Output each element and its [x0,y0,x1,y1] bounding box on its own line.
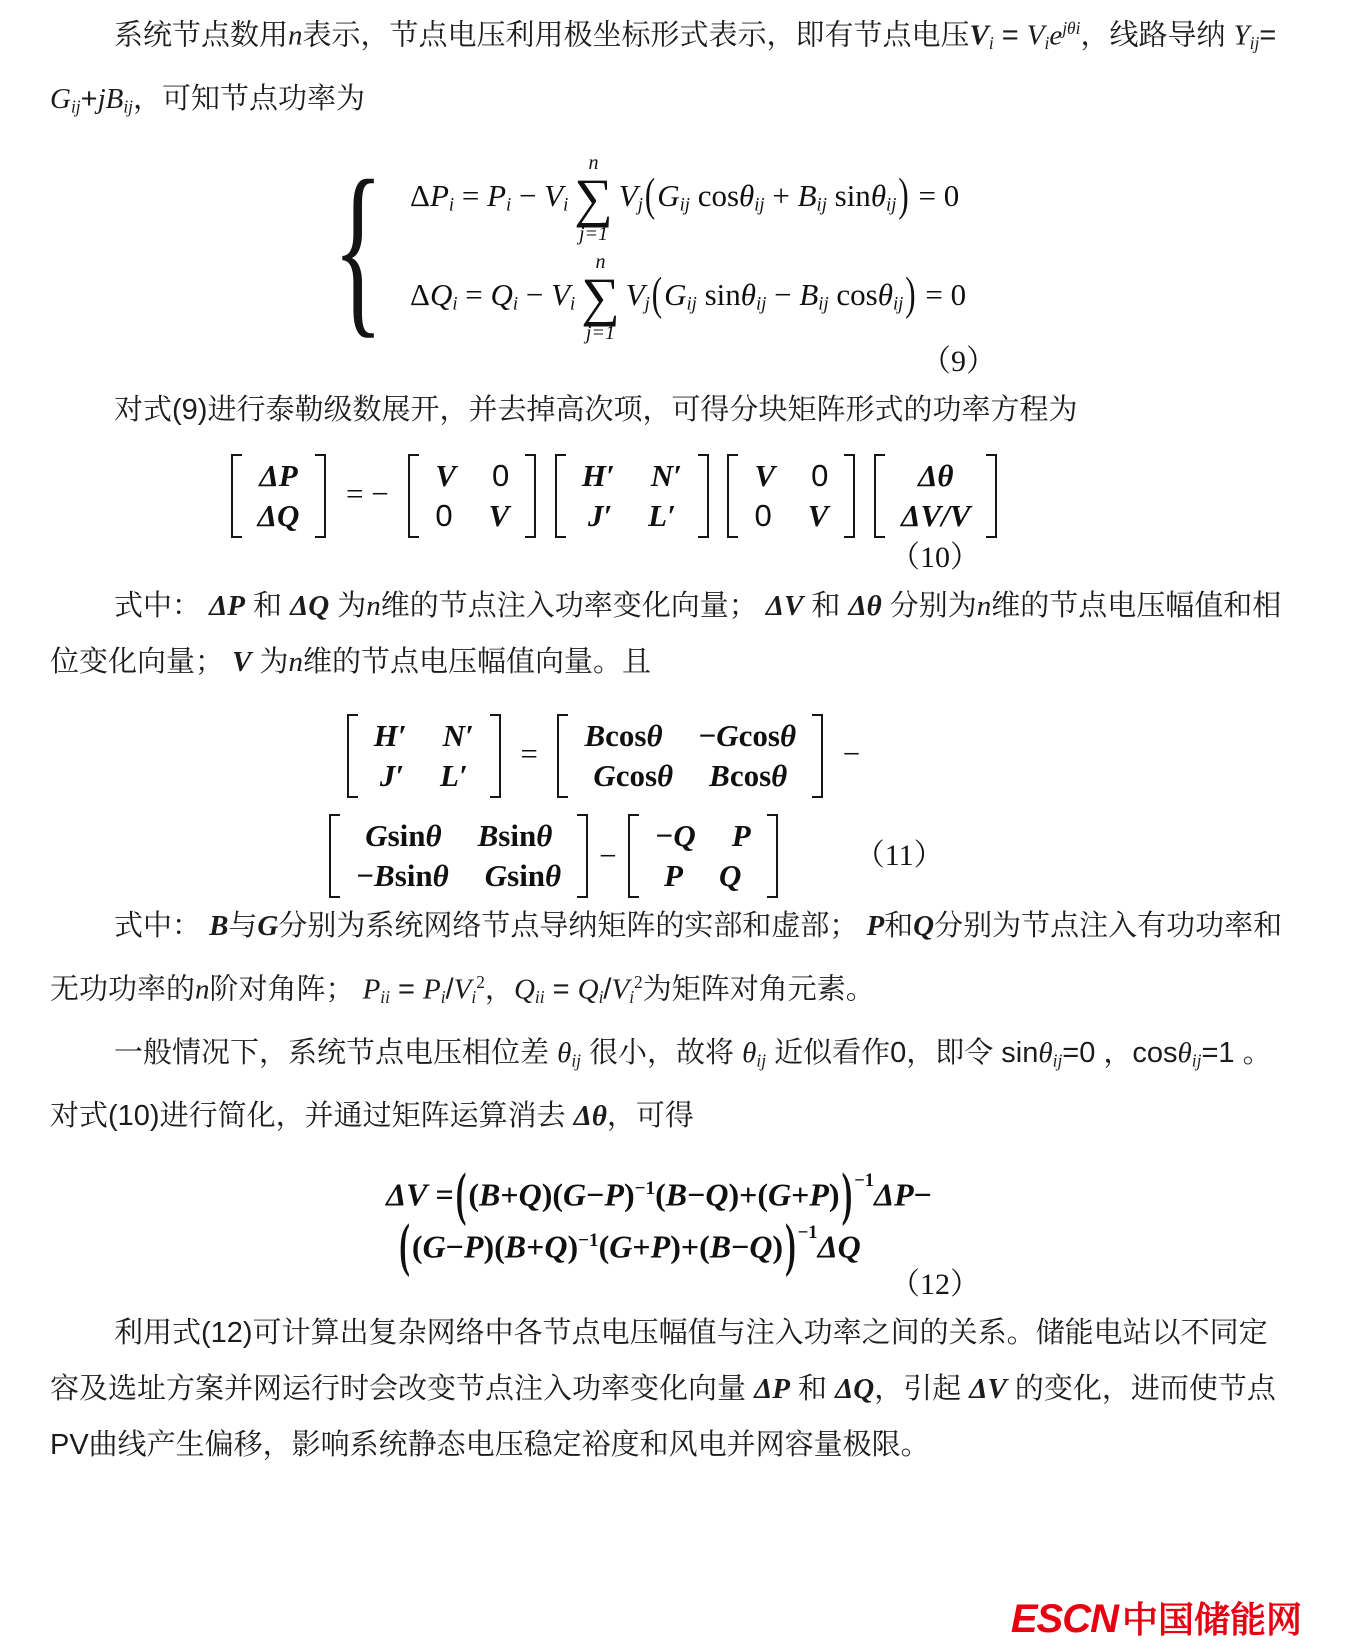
matrix-cell: J′ [588,498,612,534]
matrix-cell: ΔP [259,458,297,494]
math-token: 维的节点电压幅值向量。且 [303,646,651,678]
equation-11-line-2: GsinθBsinθ−BsinθGsinθ − −QPPQ （11） [0,814,1308,898]
math-token: 和 [803,590,848,622]
math-token: Y [1234,19,1250,51]
math-token: / [446,974,454,1006]
matrix-body: −QPPQ [639,814,767,898]
math-token: Q [749,1228,772,1264]
matrix-bracket-right [525,454,536,538]
matrix-cell: V [489,498,510,534]
math-token: B [505,1228,526,1264]
matrix-body: H′N′J′L′ [358,714,490,798]
matrix-cell: L′ [440,758,468,794]
math-token: =0 ， [1062,1037,1132,1069]
paragraph-variables: 式中： ΔP 和 ΔQ 为n维的节点注入功率变化向量； ΔV 和 Δθ 分别为n… [0,578,1348,690]
math-token: B [710,1228,731,1264]
matrix-bracket-left [874,454,885,538]
math-token: θ [771,758,787,793]
math-token: θ [741,277,756,312]
matrix-cell: V [808,498,829,534]
math-token: cos [616,758,657,793]
math-token: ) [772,1228,783,1264]
math-token: N′ [443,718,474,753]
math-token: ΔV [969,1373,1007,1405]
math-token: ΔV [766,590,804,622]
math-token: − [766,277,799,312]
math-token: P [464,1228,484,1264]
matrix-body: V00V [419,454,525,538]
math-token: n [366,590,381,622]
math-token: = [454,178,487,213]
matrix-bracket-left [408,454,419,538]
math-token: sin [507,858,545,893]
equation-9-lines: ΔPi = Pi − Vin∑j=1Vj(Gij cosθij + Bij si… [410,152,966,344]
escn-logo: ESCN中国储能网 [1011,1592,1302,1643]
math-token: Δθ [918,458,954,493]
math-token: 一般情况下，系统节点电压相位差 [114,1037,557,1069]
math-token: 式中： [114,590,209,622]
math-token: ) [785,1211,796,1279]
matrix-dtheta-dv: ΔθΔV/V [874,454,997,538]
system-brace: { [333,152,384,344]
math-token: J′ [588,498,612,533]
math-token: ) [829,1177,840,1213]
matrix-bracket-left [628,814,639,898]
math-token: B [666,1177,687,1213]
math-token: G [593,758,615,793]
math-token: = [428,1177,454,1213]
matrix-row: V0 [754,458,828,494]
math-token: − [699,718,717,753]
matrix-bracket-right [490,714,501,798]
math-token: V [611,974,629,1006]
equation-12-number: （12） [0,1265,1348,1305]
math-token: ij [754,194,764,215]
math-token: ( [757,1177,768,1213]
math-token: 很小，故将 [581,1037,742,1069]
math-token: + [739,1177,757,1213]
math-token: n [288,19,303,51]
matrix-cell: −Q [655,818,696,854]
math-token: ΔP [209,590,245,622]
math-token: ΔV [386,1177,427,1213]
math-token: V [551,277,570,312]
matrix-cell: P [732,818,751,854]
paragraph-approximation: 一般情况下，系统节点电压相位差 θij 很小，故将 θij 近似看作0，即令 s… [0,1025,1348,1144]
matrix-row: PQ [655,858,751,894]
math-token: 式中： [114,910,209,942]
math-token: ΔQ [835,1373,874,1405]
matrix-row: Bcosθ−Gcosθ [584,718,796,754]
math-token: G [664,277,686,312]
matrix-bracket-right [812,714,823,798]
math-token: V [435,458,456,493]
equation-9: { ΔPi = Pi − Vin∑j=1Vj(Gij cosθij + Bij … [0,152,1313,344]
matrix-cell: ΔV/V [901,498,970,534]
matrix-dpq: ΔPΔQ [231,454,327,538]
matrix-body: ΔPΔQ [242,454,316,538]
equation-12-line-1: ΔV =((B+Q)(G−P)−1(B−Q)+(G+P))−1ΔP− [0,1170,1333,1213]
math-token: B [798,178,817,213]
math-token: sin [498,818,536,853]
math-token: 和 [884,910,913,942]
math-token: ( [456,1159,467,1227]
math-token: 为 [251,646,288,678]
escn-logo-chinese-text: 中国储能网 [1122,1599,1302,1640]
math-token: Δθ [574,1100,607,1132]
math-token: ij [71,96,81,116]
math-token: n [195,974,210,1006]
math-token: ij [1250,33,1260,53]
math-token: jB [98,83,124,115]
paragraph-taylor: 对式(9)进行泰勒级数展开，并去掉高次项，可得分块矩阵形式的功率方程为 [0,382,1348,438]
math-token: ii [380,987,390,1007]
math-token: ij [571,1050,581,1070]
math-token: = [1259,19,1276,51]
math-token: θ [426,818,442,853]
math-token: B [799,277,818,312]
math-token: − [511,178,544,213]
math-token: V [754,458,775,493]
math-token: i [570,294,575,315]
matrix-cell: 0 [811,458,828,494]
math-token: 和 [245,590,290,622]
matrix-v-diagonal-2: V00V [727,454,855,538]
matrix-cell: 0 [492,458,509,494]
math-token: θ [1038,1037,1052,1069]
math-token: P [809,1177,829,1213]
math-token: L′ [440,758,468,793]
paragraph-bg-definitions: 式中： B与G分别为系统网络节点导纳矩阵的实部和虚部； P和Q分别为节点注入有功… [0,898,1348,1025]
math-token: + [765,178,798,213]
math-token: G [563,1177,586,1213]
math-token: ，可得 [607,1100,694,1132]
matrix-cell: V [435,458,456,494]
matrix-cell: H′ [374,718,407,754]
math-token: G [365,818,387,853]
math-token: Q [913,910,934,942]
math-token: Δ [410,178,430,213]
math-token: B [709,758,730,793]
math-token: 为矩阵对角元素。 [643,974,875,1006]
matrix-bracket-left [557,714,568,798]
math-token: ij [687,294,697,315]
math-token: ( [652,267,662,321]
math-token: cos [829,277,878,312]
math-token: V [232,646,251,678]
matrix-body: ΔθΔV/V [885,454,986,538]
math-token: + [791,1177,809,1213]
math-token: Q [719,858,741,893]
matrix-cell: J′ [380,758,404,794]
matrix-qp-pq: −QPPQ [628,814,778,898]
math-token: Q [430,277,452,312]
equation-11-line-1: H′N′J′L′ = Bcosθ−GcosθGcosθBcosθ − [0,714,1278,798]
math-token: + [81,83,98,115]
math-token: Δ [410,277,430,312]
math-token: H′ [582,458,615,493]
math-token: j [638,194,643,215]
matrix-row: Δθ [901,458,970,494]
math-token: ) [483,1228,494,1264]
math-token: V [544,178,563,213]
math-token: V [1027,19,1045,51]
math-token: ) [842,1159,853,1227]
equation-9-line-2: ΔQi = Qi − Vin∑j=1Vj(Gij sinθij − Bij co… [410,252,966,343]
matrix-cell: Gsinθ [365,818,441,854]
matrix-body: H′N′J′L′ [566,454,698,538]
matrix-cell: Bcosθ [709,758,787,794]
math-token: P [363,974,381,1006]
matrix-cell: −Bsinθ [356,858,448,894]
math-token: ，引起 [874,1373,969,1405]
math-token: ) [567,1228,578,1264]
math-token: ΔV/V [901,498,970,533]
math-token: − [731,1228,749,1264]
matrix-cell: Δθ [918,458,954,494]
math-token: θ [536,818,552,853]
math-token: Q [705,1177,728,1213]
matrix-row: H′N′ [582,458,682,494]
math-token: = 0 [911,178,959,213]
math-token: V [970,19,989,51]
math-token: + [500,1177,518,1213]
math-token: cos [1132,1037,1177,1069]
equation-11-number: （11） [855,836,944,876]
matrix-row: −QP [655,818,751,854]
math-token: cos [739,718,780,753]
math-token: V [619,178,638,213]
matrix-body: Bcosθ−GcosθGcosθBcosθ [568,714,812,798]
math-token: ij [818,294,828,315]
math-token: P [430,178,449,213]
math-token: sin [697,277,741,312]
math-token: θ [742,1037,756,1069]
math-token: P [664,858,683,893]
math-token: V [454,974,472,1006]
matrix-row: H′N′ [374,718,474,754]
math-token: −1 [854,1170,874,1191]
math-token: jθi [1062,18,1080,38]
sum-sigma: ∑ [581,272,620,323]
math-token: + [526,1228,544,1264]
math-token: i [563,194,568,215]
math-token: ij [1053,1050,1063,1070]
math-token: G [609,1228,632,1264]
math-token: + [632,1228,650,1264]
math-token: j [645,294,650,315]
math-token: ii [535,987,545,1007]
math-token: n [288,646,303,678]
math-token: − [518,277,551,312]
matrix-row: 0V [435,498,509,534]
math-token: Q [519,1177,542,1213]
math-token: ( [645,168,655,222]
math-token: ij [817,194,827,215]
math-token: sin [827,178,871,213]
math-token: Q [491,277,513,312]
equals-operator: = [520,736,537,771]
matrix-cell: Bsinθ [478,818,553,854]
math-token: ( [655,1177,666,1213]
math-token: ΔQ [258,498,300,533]
math-token: P [651,1228,671,1264]
paragraph-intro: 系统节点数用n表示，节点电压利用极坐标形式表示，即有节点电压Vi = Viejθ… [0,0,1348,134]
matrix-cell: N′ [651,458,682,494]
math-token: V [626,277,645,312]
matrix-cell: V [754,458,775,494]
math-token: cos [605,718,646,753]
math-token: B [479,1177,500,1213]
summation-symbol: n∑j=1 [581,252,620,343]
math-token: B [374,858,395,893]
math-token: ，可知节点功率为 [133,83,365,115]
math-token: ( [399,1211,410,1279]
math-token: n [977,590,992,622]
math-token: 分别为系统网络节点导纳矩阵的实部和虚部； [278,910,866,942]
math-token: P [487,178,506,213]
document-page: 系统节点数用n表示，节点电压利用极坐标形式表示，即有节点电压Vi = Viejθ… [0,0,1348,1648]
math-token: θ [878,277,893,312]
matrix-cell: 0 [754,498,771,534]
equation-9-number: （9） [0,342,1348,382]
matrix-row: V0 [435,458,509,494]
matrix-row: GsinθBsinθ [356,818,561,854]
matrix-bracket-right [577,814,588,898]
math-token: Q [544,1228,567,1264]
matrix-cell: P [664,858,683,894]
matrix-row: J′L′ [582,498,682,534]
math-token: V [489,498,510,533]
equation-10: ΔPΔQ = − V00V H′N′J′L′ V00V ΔθΔV/V [0,454,1288,538]
math-token: e [1049,19,1062,51]
matrix-cell: ΔQ [258,498,300,534]
equation-12-line-2: ((G−P)(B+Q)−1(G+P)+(B−Q))−1ΔQ [0,1222,1303,1265]
math-token: 维的节点注入功率变化向量； [381,590,766,622]
math-token: ( [494,1228,505,1264]
math-token: 0 [492,458,509,493]
math-token: θ [739,178,754,213]
sum-bot: j=1 [586,323,615,343]
matrix-hn-jl: H′N′J′L′ [347,714,501,798]
math-token: ΔQ [818,1228,861,1264]
math-token: cos [690,178,739,213]
math-token: 为 [329,590,366,622]
math-token: cos [730,758,771,793]
sum-sigma: ∑ [574,173,613,224]
math-token: 表示，节点电压利用极坐标形式表示，即有节点电压 [303,19,970,51]
math-token: ，线路导纳 [1080,19,1233,51]
math-token: ij [756,1050,766,1070]
math-token: −Q [655,818,696,853]
math-token: G [257,910,278,942]
matrix-body: GsinθBsinθ−BsinθGsinθ [340,814,577,898]
matrix-cell: L′ [648,498,676,534]
matrix-jacobian: H′N′J′L′ [555,454,709,538]
math-token: 2 [476,972,485,992]
math-token: = [994,19,1027,51]
equation-9-line-1: ΔPi = Pi − Vin∑j=1Vj(Gij cosθij + Bij si… [410,153,966,244]
math-token: = [390,974,423,1006]
matrix-cell: −Gcosθ [699,718,796,754]
math-token: = 0 [918,277,966,312]
matrix-bracket-left [347,714,358,798]
math-token: 与 [228,910,257,942]
matrix-cell: Gsinθ [485,858,561,894]
math-token: 0 [754,498,771,533]
math-token: ) [670,1228,681,1264]
math-token: G [423,1228,446,1264]
math-token: Q [578,974,599,1006]
math-token: ( [468,1177,479,1213]
math-token: 近似看作0，即令 [766,1037,1001,1069]
math-token: B [478,818,499,853]
math-token: ( [412,1228,423,1264]
matrix-cell: Q [719,858,741,894]
math-token: 0 [811,458,828,493]
matrix-bracket-left [727,454,738,538]
math-token: ΔQ [290,590,329,622]
matrix-bracket-right [698,454,709,538]
math-token: J′ [380,758,404,793]
math-token: ) [898,168,908,222]
matrix-cell: H′ [582,458,615,494]
math-token: −1 [635,1178,656,1199]
math-token: = [545,974,578,1006]
math-token: H′ [374,718,407,753]
math-token: ) [542,1177,553,1213]
math-token: ij [893,294,903,315]
matrix-gsin-bsin: GsinθBsinθ−BsinθGsinθ [329,814,588,898]
matrix-row: ΔQ [258,498,300,534]
math-token: 2 [634,972,643,992]
math-token: ij [123,96,133,116]
math-token: ij [756,294,766,315]
math-token: ， [485,974,514,1006]
math-token: L′ [648,498,676,533]
matrix-cell: Gcosθ [593,758,673,794]
math-token: N′ [651,458,682,493]
math-token: θ [433,858,449,893]
math-token: θ [647,718,663,753]
math-token: −1 [798,1222,818,1243]
matrix-row: GcosθBcosθ [584,758,796,794]
math-token: 0 [435,498,452,533]
math-token: 和 [790,1373,835,1405]
matrix-cell: N′ [443,718,474,754]
matrix-bracket-left [555,454,566,538]
math-token: Δθ [849,590,882,622]
math-token: − [586,1177,604,1213]
math-token: ΔP [754,1373,790,1405]
math-token: 系统节点数用 [114,19,288,51]
paragraph-conclusion: 利用式(12)可计算出复杂网络中各节点电压幅值与注入功率之间的关系。储能电站以不… [0,1305,1348,1473]
sum-bot: j=1 [579,224,608,244]
math-token: G [485,858,507,893]
math-token: ) [728,1177,739,1213]
matrix-row: ΔP [258,458,300,494]
math-token: sin [395,858,433,893]
math-token: = [458,277,491,312]
math-token: ΔP [874,1177,914,1213]
math-token: P [604,1177,624,1213]
equation-12: ΔV =((B+Q)(G−P)−1(B−Q)+(G+P))−1ΔP− ((G−P… [0,1170,1348,1265]
matrix-bracket-right [844,454,855,538]
math-token: θ [871,178,886,213]
math-token: θ [557,1037,571,1069]
math-token: ( [699,1228,710,1264]
math-token: V [808,498,829,533]
